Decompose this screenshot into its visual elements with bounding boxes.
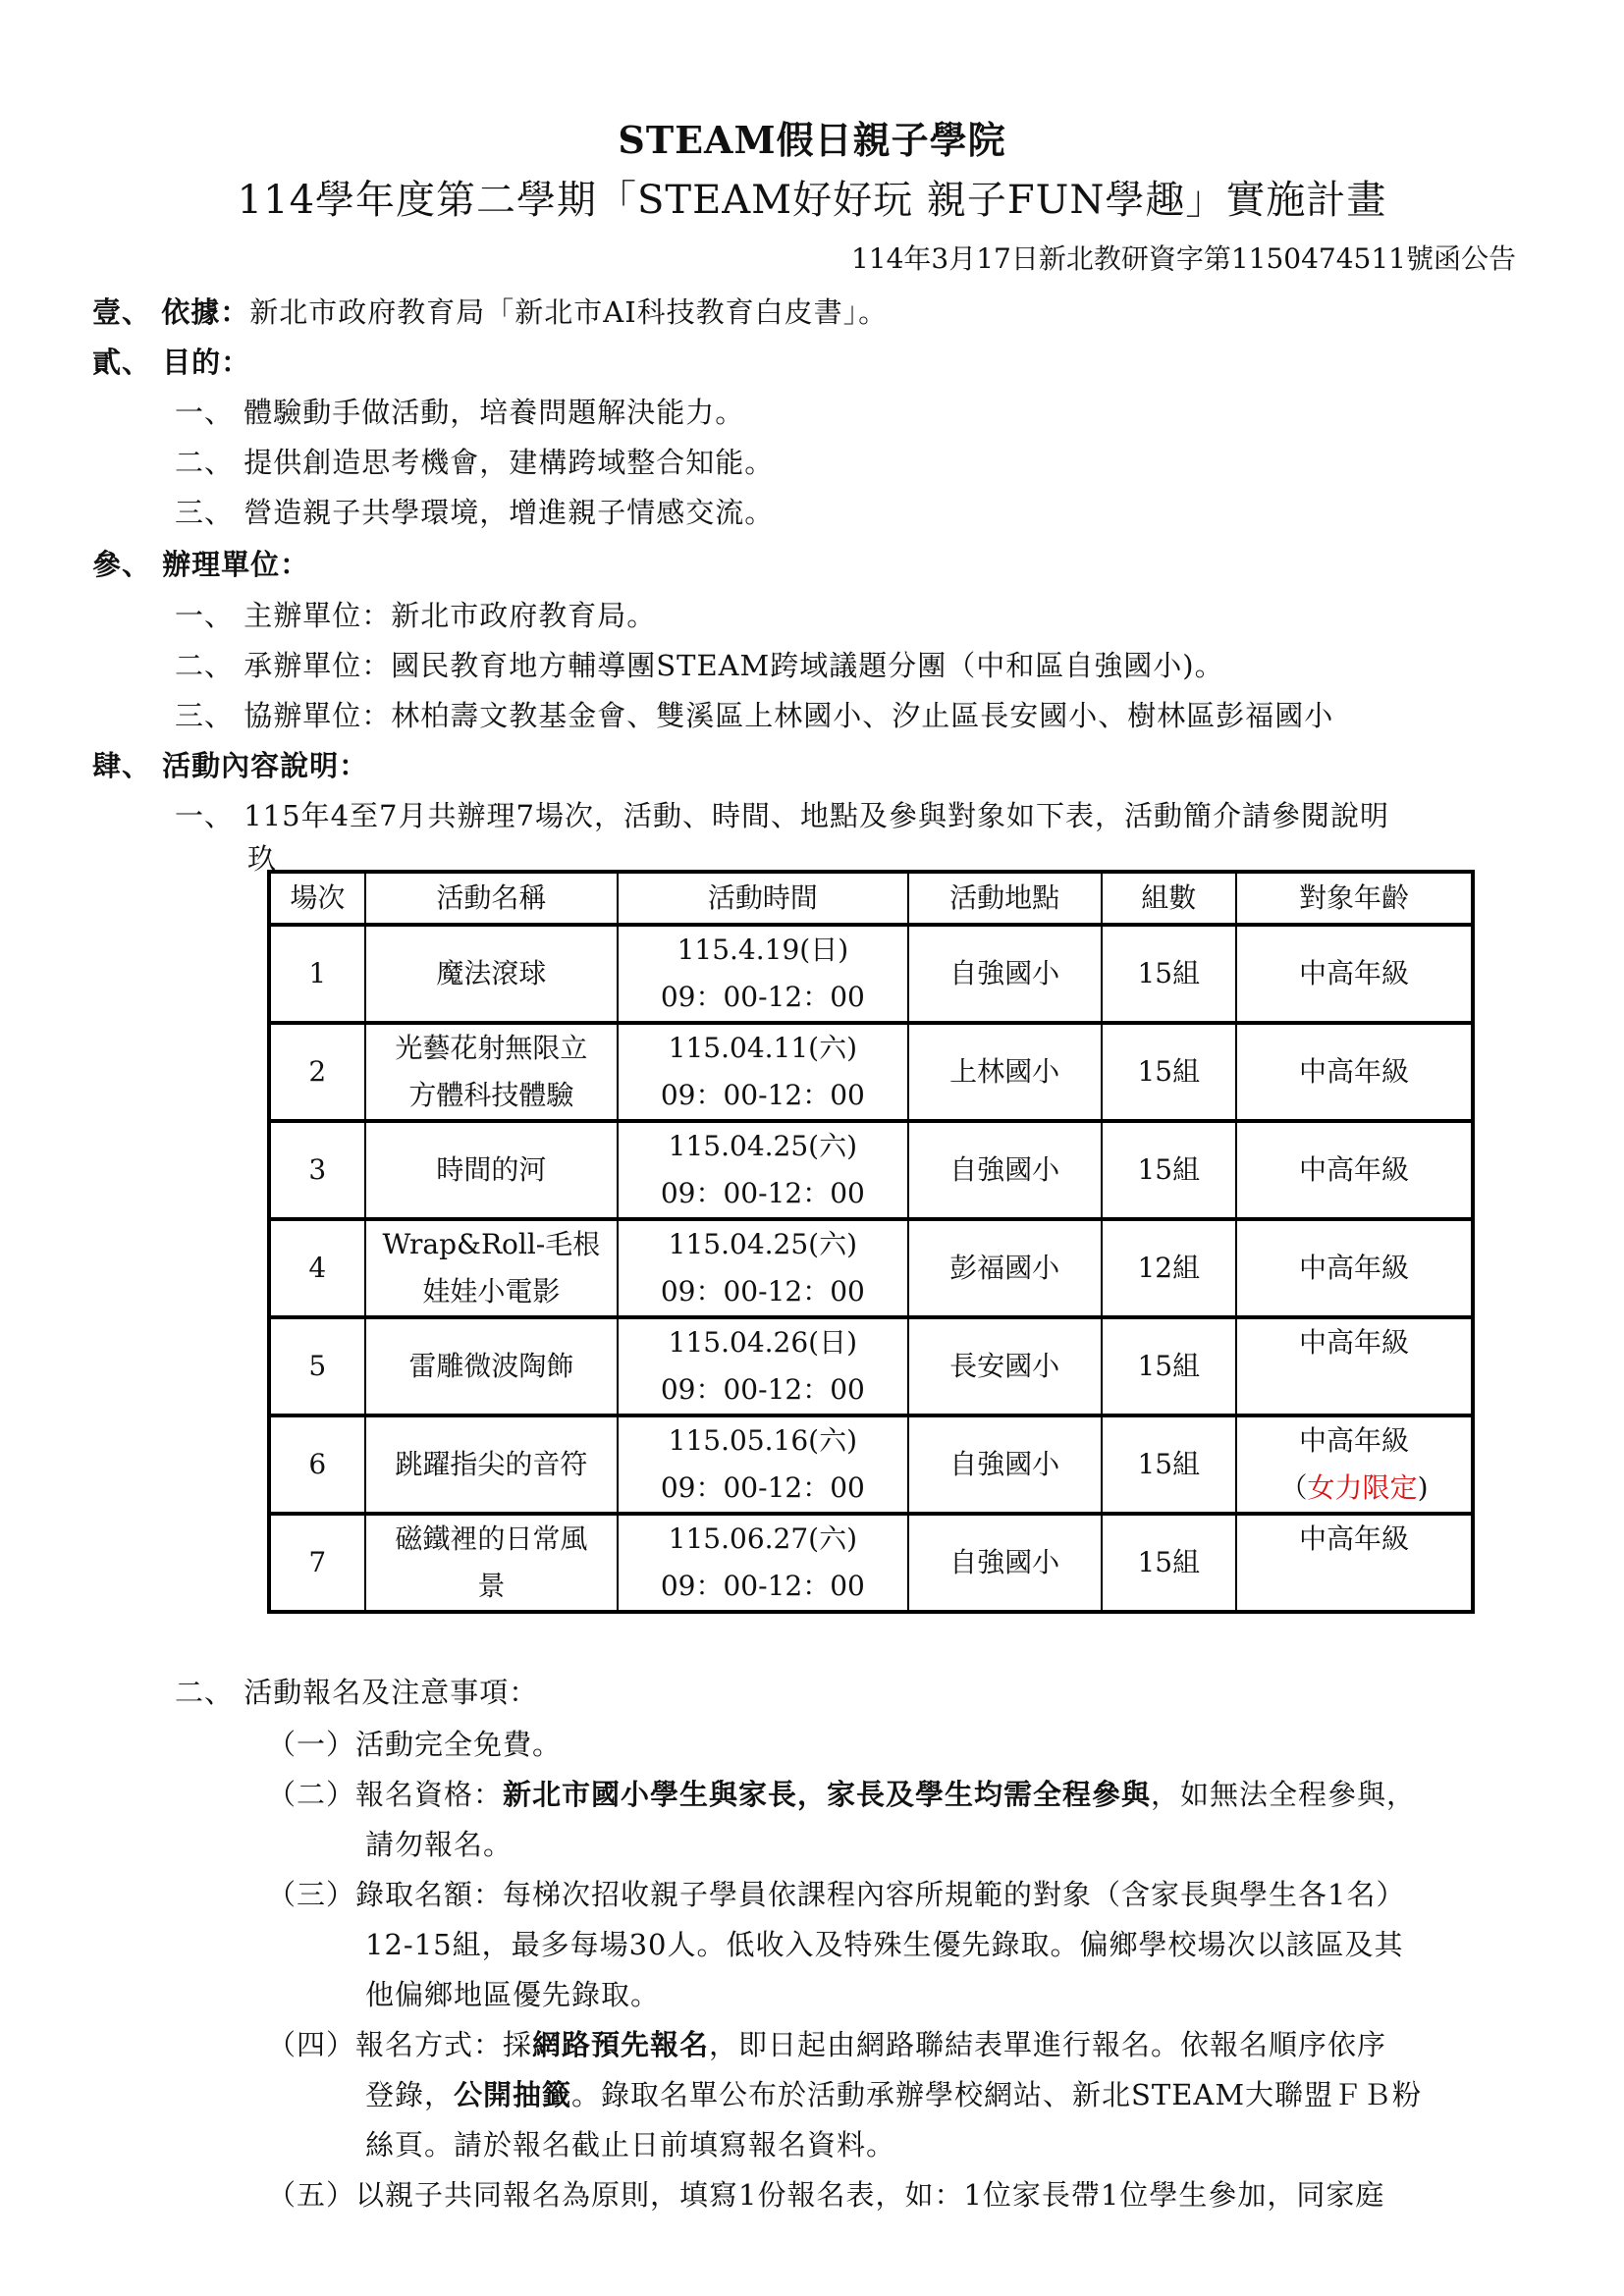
date: 115.04.25(六) xyxy=(623,1221,902,1268)
section-number: 貳、 xyxy=(92,346,151,379)
item-number: 二、 xyxy=(175,649,234,682)
subitem-text: 以親子共同報名為原則，填寫1份報名表，如：1位家長帶1位學生參加，同家庭 xyxy=(355,2178,1384,2212)
cell-activity-name: 魔法滾球 xyxy=(365,925,619,1023)
subitem-1: （一）活動完全免費。 xyxy=(267,1723,562,1763)
item-text: 營造親子共學環境，增進親子情感交流。 xyxy=(244,496,774,529)
subitem-5: （五）以親子共同報名為原則，填寫1份報名表，如：1位家長帶1位學生參加，同家庭 xyxy=(267,2173,1384,2214)
subitem-text: 登錄， xyxy=(365,2078,454,2111)
date: 115.04.11(六) xyxy=(623,1025,902,1072)
cell-groups: 15組 xyxy=(1102,1514,1236,1612)
header-session: 場次 xyxy=(269,872,365,925)
table-row: 2 光藝花射無限立方體科技體驗 115.04.11(六)09：00-12：00 … xyxy=(269,1023,1473,1121)
header-activity-place: 活動地點 xyxy=(908,872,1102,925)
section-basis: 壹、 依據：新北市政府教育局「新北市AI科技教育白皮書」。 xyxy=(92,291,888,331)
cell-age: 中高年級 （女力限定) xyxy=(1236,1415,1473,1514)
date: 115.06.27(六) xyxy=(623,1516,902,1563)
section-number: 肆、 xyxy=(92,749,151,782)
name-line: 光藝花射無限立 xyxy=(370,1025,614,1072)
cell-place: 自強國小 xyxy=(908,1415,1102,1514)
subitem-4: （四）報名方式：採網路預先報名，即日起由網路聯結表單進行報名。依報名順序依序 xyxy=(267,2023,1386,2063)
item-text: 提供創造思考機會，建構跨域整合知能。 xyxy=(244,446,774,479)
section-content-heading: 肆、 活動內容說明： xyxy=(92,744,368,784)
cell-place: 自強國小 xyxy=(908,1121,1102,1219)
section-label: 辦理單位： xyxy=(162,548,309,581)
time: 09：00-12：00 xyxy=(623,1268,902,1315)
item-label: 活動報名及注意事項： xyxy=(244,1676,538,1709)
cell-session: 7 xyxy=(269,1514,365,1612)
subitem-3: （三）錄取名額：每梯次招收親子學員依課程內容所規範的對象（含家長與學生各1名） xyxy=(267,1873,1405,1913)
section-text: 新北市政府教育局「新北市AI科技教育白皮書」。 xyxy=(249,295,888,329)
time: 09：00-12：00 xyxy=(623,1465,902,1512)
subitem-number: （五） xyxy=(267,2178,355,2212)
section-label: 依據： xyxy=(161,295,249,329)
name-line: 魔法滾球 xyxy=(370,950,614,997)
name-line: 景 xyxy=(370,1563,614,1610)
subitem-3-continued: 12-15組，最多每場30人。低收入及特殊生優先錄取。偏鄉學校場次以該區及其 xyxy=(365,1923,1404,1963)
subitem-emphasis: 網路預先報名 xyxy=(532,2028,709,2061)
table-row: 1 魔法滾球 115.4.19(日)09：00-12：00 自強國小 15組 中… xyxy=(269,925,1473,1023)
cell-session: 2 xyxy=(269,1023,365,1121)
cell-groups: 12組 xyxy=(1102,1219,1236,1317)
name-line: 時間的河 xyxy=(370,1147,614,1194)
cell-groups: 15組 xyxy=(1102,1023,1236,1121)
subitem-text: 。錄取名單公布於活動承辦學校網站、新北STEAM大聯盟ＦＢ粉 xyxy=(571,2078,1422,2111)
item-text: 協辦單位：林柏壽文教基金會、雙溪區上林國小、汐止區長安國小、樹林區彭福國小 xyxy=(244,699,1333,732)
time: 09：00-12：00 xyxy=(623,1366,902,1414)
content-item-2-heading: 二、 活動報名及注意事項： xyxy=(175,1671,538,1711)
age-text: 中高年級 xyxy=(1241,1417,1467,1465)
cell-groups: 15組 xyxy=(1102,1415,1236,1514)
subitem-label: 報名資格： xyxy=(355,1778,503,1811)
cell-session: 5 xyxy=(269,1317,365,1415)
document-subtitle: 114學年度第二學期「STEAM好好玩 親子FUN學趣」實施計畫 xyxy=(0,169,1624,225)
cell-session: 4 xyxy=(269,1219,365,1317)
content-item-1: 一、 115年4至7月共辦理7場次，活動、時間、地點及參與對象如下表，活動簡介請… xyxy=(175,794,1389,834)
time: 09：00-12：00 xyxy=(623,1563,902,1610)
subitem-number: （二） xyxy=(267,1778,355,1811)
cell-activity-name: 雷雕微波陶飾 xyxy=(365,1317,619,1415)
cell-session: 6 xyxy=(269,1415,365,1514)
organizer-item: 二、 承辦單位：國民教育地方輔導團STEAM跨域議題分團（中和區自強國小)。 xyxy=(175,644,1224,684)
cell-activity-name: 時間的河 xyxy=(365,1121,619,1219)
item-text: 承辦單位：國民教育地方輔導團STEAM跨域議題分團（中和區自強國小)。 xyxy=(244,649,1223,682)
table-row: 3 時間的河 115.04.25(六)09：00-12：00 自強國小 15組 … xyxy=(269,1121,1473,1219)
schedule-table: 場次 活動名稱 活動時間 活動地點 組數 對象年齡 1 魔法滾球 115.4.1… xyxy=(267,870,1475,1614)
subitem-number: （四） xyxy=(267,2028,355,2061)
subitem-number: （一） xyxy=(267,1728,355,1761)
name-line: Wrap&Roll-毛根 xyxy=(370,1221,614,1268)
cell-age: 中高年級 xyxy=(1236,1023,1473,1121)
cell-groups: 15組 xyxy=(1102,1317,1236,1415)
item-number: 一、 xyxy=(175,599,234,632)
item-text: 115年4至7月共辦理7場次，活動、時間、地點及參與對象如下表，活動簡介請參閱說… xyxy=(244,799,1389,832)
date: 115.04.26(日) xyxy=(623,1319,902,1366)
subitem-text: 活動完全免費。 xyxy=(355,1728,562,1761)
cell-activity-name: 跳躍指尖的音符 xyxy=(365,1415,619,1514)
cell-activity-time: 115.4.19(日)09：00-12：00 xyxy=(618,925,907,1023)
cell-activity-time: 115.06.27(六)09：00-12：00 xyxy=(618,1514,907,1612)
subitem-label: 報名方式：採 xyxy=(355,2028,532,2061)
cell-age: 中高年級 xyxy=(1236,1219,1473,1317)
section-number: 壹、 xyxy=(92,295,151,329)
women-only-label: 女力限定 xyxy=(1308,1471,1418,1504)
cell-groups: 15組 xyxy=(1102,1121,1236,1219)
item-number: 一、 xyxy=(175,799,234,832)
restriction-note: （女力限定) xyxy=(1241,1465,1467,1512)
cell-age: 中高年級 xyxy=(1236,1121,1473,1219)
subitem-4-continued: 絲頁。請於報名截止日前填寫報名資料。 xyxy=(365,2123,895,2163)
name-line: 磁鐵裡的日常風 xyxy=(370,1516,614,1563)
subitem-emphasis: 公開抽籤 xyxy=(454,2078,571,2111)
item-number: 三、 xyxy=(175,496,234,529)
cell-session: 3 xyxy=(269,1121,365,1219)
section-organizers-heading: 參、 辦理單位： xyxy=(92,543,309,583)
table-row: 4 Wrap&Roll-毛根娃娃小電影 115.04.25(六)09：00-12… xyxy=(269,1219,1473,1317)
cell-place: 彭福國小 xyxy=(908,1219,1102,1317)
item-number: 二、 xyxy=(175,446,234,479)
date: 115.04.25(六) xyxy=(623,1123,902,1170)
subitem-text: ，即日起由網路聯結表單進行報名。依報名順序依序 xyxy=(709,2028,1386,2061)
name-line: 雷雕微波陶飾 xyxy=(370,1343,614,1390)
header-target-age: 對象年齡 xyxy=(1236,872,1473,925)
item-number: 一、 xyxy=(175,396,234,429)
name-line: 方體科技體驗 xyxy=(370,1072,614,1119)
header-activity-name: 活動名稱 xyxy=(365,872,619,925)
table-row: 5 雷雕微波陶飾 115.04.26(日)09：00-12：00 長安國小 15… xyxy=(269,1317,1473,1415)
table-header-row: 場次 活動名稱 活動時間 活動地點 組數 對象年齡 xyxy=(269,872,1473,925)
cell-place: 上林國小 xyxy=(908,1023,1102,1121)
cell-age: 中高年級 xyxy=(1236,925,1473,1023)
subitem-text: 錄取名額：每梯次招收親子學員依課程內容所規範的對象（含家長與學生各1名） xyxy=(355,1878,1405,1911)
subitem-emphasis: 新北市國小學生與家長，家長及學生均需全程參與 xyxy=(503,1778,1151,1811)
cell-place: 長安國小 xyxy=(908,1317,1102,1415)
subitem-number: （三） xyxy=(267,1878,355,1911)
item-number: 二、 xyxy=(175,1676,234,1709)
cell-activity-time: 115.04.11(六)09：00-12：00 xyxy=(618,1023,907,1121)
cell-activity-name: Wrap&Roll-毛根娃娃小電影 xyxy=(365,1219,619,1317)
section-purpose-heading: 貳、 目的： xyxy=(92,341,250,381)
item-text: 主辦單位：新北市政府教育局。 xyxy=(244,599,656,632)
time: 09：00-12：00 xyxy=(623,974,902,1021)
cell-activity-name: 光藝花射無限立方體科技體驗 xyxy=(365,1023,619,1121)
item-text: 體驗動手做活動，培養問題解決能力。 xyxy=(244,396,744,429)
cell-age: 中高年級 xyxy=(1236,1514,1473,1612)
cell-activity-time: 115.04.26(日)09：00-12：00 xyxy=(618,1317,907,1415)
section-label: 活動內容說明： xyxy=(162,749,368,782)
table-row: 6 跳躍指尖的音符 115.05.16(六)09：00-12：00 自強國小 1… xyxy=(269,1415,1473,1514)
cell-activity-name: 磁鐵裡的日常風景 xyxy=(365,1514,619,1612)
header-activity-time: 活動時間 xyxy=(618,872,907,925)
name-line: 跳躍指尖的音符 xyxy=(370,1441,614,1488)
date: 115.4.19(日) xyxy=(623,927,902,974)
name-line: 娃娃小電影 xyxy=(370,1268,614,1315)
header-groups: 組數 xyxy=(1102,872,1236,925)
item-number: 三、 xyxy=(175,699,234,732)
cell-activity-time: 115.05.16(六)09：00-12：00 xyxy=(618,1415,907,1514)
subitem-2: （二）報名資格：新北市國小學生與家長，家長及學生均需全程參與，如無法全程參與， xyxy=(267,1773,1416,1813)
purpose-item: 三、 營造親子共學環境，增進親子情感交流。 xyxy=(175,491,774,531)
organizer-item: 三、 協辦單位：林柏壽文教基金會、雙溪區上林國小、汐止區長安國小、樹林區彭福國小 xyxy=(175,694,1333,734)
cell-activity-time: 115.04.25(六)09：00-12：00 xyxy=(618,1121,907,1219)
cell-place: 自強國小 xyxy=(908,1514,1102,1612)
purpose-item: 二、 提供創造思考機會，建構跨域整合知能。 xyxy=(175,441,774,481)
announcement-reference: 114年3月17日新北教研資字第1150474511號函公告 xyxy=(851,238,1516,277)
organizer-item: 一、 主辦單位：新北市政府教育局。 xyxy=(175,594,656,634)
subitem-3-continued: 他偏鄉地區優先錄取。 xyxy=(365,1973,660,2013)
time: 09：00-12：00 xyxy=(623,1072,902,1119)
document-title: STEAM假日親子學院 xyxy=(0,110,1624,164)
subitem-4-continued: 登錄，公開抽籤。錄取名單公布於活動承辦學校網站、新北STEAM大聯盟ＦＢ粉 xyxy=(365,2073,1422,2113)
cell-activity-time: 115.04.25(六)09：00-12：00 xyxy=(618,1219,907,1317)
cell-groups: 15組 xyxy=(1102,925,1236,1023)
date: 115.05.16(六) xyxy=(623,1417,902,1465)
section-label: 目的： xyxy=(162,346,250,379)
cell-session: 1 xyxy=(269,925,365,1023)
table-row: 7 磁鐵裡的日常風景 115.06.27(六)09：00-12：00 自強國小 … xyxy=(269,1514,1473,1612)
cell-age: 中高年級 xyxy=(1236,1317,1473,1415)
time: 09：00-12：00 xyxy=(623,1170,902,1217)
section-number: 參、 xyxy=(92,548,151,581)
subitem-text: ，如無法全程參與， xyxy=(1151,1778,1416,1811)
subitem-2-continued: 請勿報名。 xyxy=(365,1823,513,1863)
cell-place: 自強國小 xyxy=(908,925,1102,1023)
purpose-item: 一、 體驗動手做活動，培養問題解決能力。 xyxy=(175,391,744,431)
